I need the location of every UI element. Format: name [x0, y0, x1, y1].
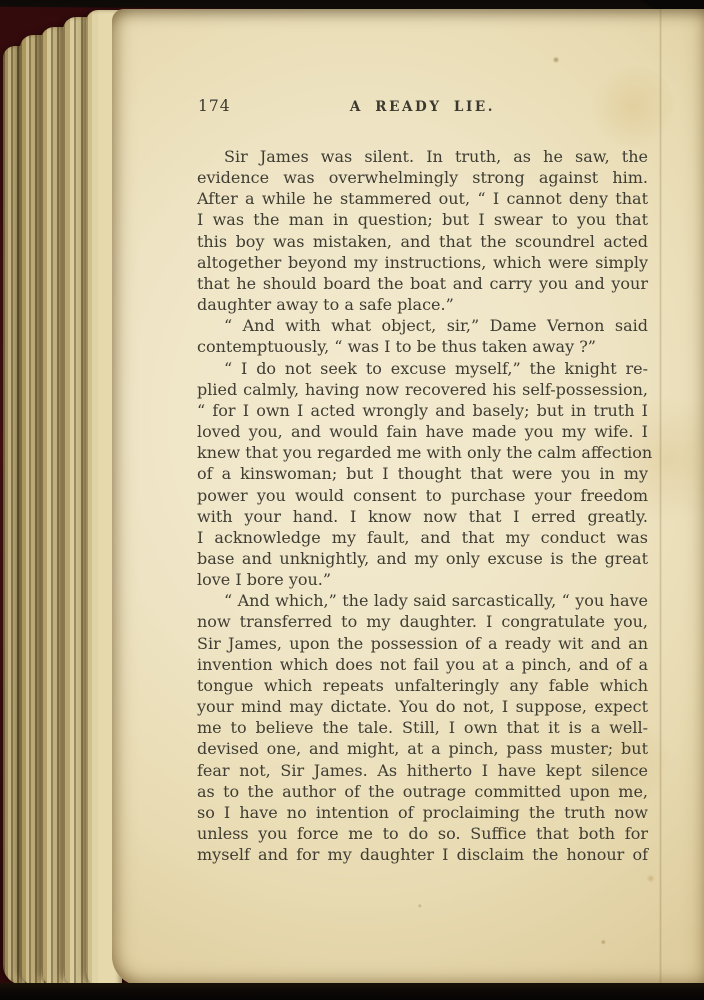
text-line: that he should board the boat and carry … — [197, 273, 648, 294]
text-line: of a kinswoman; but I thought that were … — [197, 463, 648, 484]
page-edges-stack — [0, 0, 122, 1000]
text-line: altogether beyond my instructions, which… — [197, 252, 648, 273]
text-line: knew that you regarded me with only the … — [197, 442, 648, 463]
text-line: devised one, and might, at a pinch, pass… — [197, 738, 648, 759]
text-line: so I have no intention of proclaiming th… — [197, 802, 648, 823]
text-line: After a while he stammered out, “ I cann… — [197, 188, 648, 209]
paragraph: “ I do not seek to excuse myself,” the k… — [197, 358, 648, 591]
text-line: Sir James was silent. In truth, as he sa… — [197, 146, 648, 167]
text-line: base and unknightly, and my only excuse … — [197, 548, 648, 569]
text-line: with your hand. I know now that I erred … — [197, 506, 648, 527]
text-line: plied calmly, having now recovered his s… — [197, 379, 648, 400]
text-line: I acknowledge my fault, and that my cond… — [197, 527, 648, 548]
text-line: “ And which,” the lady said sarcasticall… — [197, 590, 648, 611]
text-line: “ I do not seek to excuse myself,” the k… — [197, 358, 648, 379]
text-line: “ And with what object, sir,” Dame Verno… — [197, 315, 648, 336]
text-line: now transferred to my daughter. I congra… — [197, 611, 648, 632]
text-line: myself and for my daughter I disclaim th… — [197, 844, 648, 865]
book-cover-bottom-edge — [0, 983, 704, 1000]
text-body: Sir James was silent. In truth, as he sa… — [197, 146, 648, 865]
paragraph: “ And with what object, sir,” Dame Verno… — [197, 315, 648, 357]
text-line: fear not, Sir James. As hitherto I have … — [197, 760, 648, 781]
book-page: 174 A READY LIE. Sir James was silent. I… — [112, 9, 704, 986]
text-line: tongue which repeats unfalteringly any f… — [197, 675, 648, 696]
text-line: invention which does not fail you at a p… — [197, 654, 648, 675]
text-line: your mind may dictate. You do not, I sup… — [197, 696, 648, 717]
text-line: contemptuously, “ was I to be thus taken… — [197, 336, 648, 357]
book-photo: 174 A READY LIE. Sir James was silent. I… — [0, 0, 704, 1000]
text-line: evidence was overwhelmingly strong again… — [197, 167, 648, 188]
text-line: Sir James, upon the possession of a read… — [197, 633, 648, 654]
paragraph: “ And which,” the lady said sarcasticall… — [197, 590, 648, 865]
text-line: as to the author of the outrage committe… — [197, 781, 648, 802]
text-line: daughter away to a safe place.” — [197, 294, 648, 315]
text-line: loved you, and would fain have made you … — [197, 421, 648, 442]
text-line: I was the man in question; but I swear t… — [197, 209, 648, 230]
paragraph: Sir James was silent. In truth, as he sa… — [197, 146, 648, 315]
text-line: love I bore you.” — [197, 569, 648, 590]
page-header: 174 A READY LIE. — [197, 97, 648, 117]
text-line: unless you force me to do so. Suffice th… — [197, 823, 648, 844]
text-line: this boy was mistaken, and that the scou… — [197, 231, 648, 252]
text-line: “ for I own I acted wrongly and basely; … — [197, 400, 648, 421]
running-title: A READY LIE. — [197, 99, 648, 115]
printed-area: 174 A READY LIE. Sir James was silent. I… — [197, 97, 648, 117]
text-line: power you would consent to purchase your… — [197, 485, 648, 506]
text-line: me to believe the tale. Still, I own tha… — [197, 717, 648, 738]
